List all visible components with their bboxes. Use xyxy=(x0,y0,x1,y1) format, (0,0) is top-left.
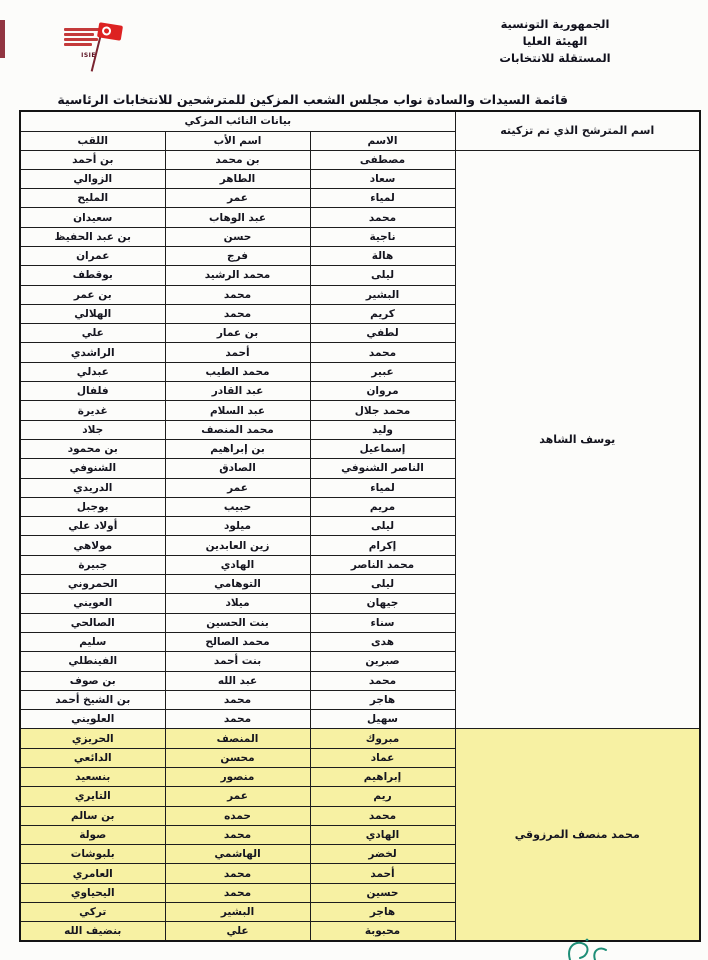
father-name-cell: منصور xyxy=(165,768,310,787)
father-name-cell: الهادي xyxy=(165,555,310,574)
father-name-cell: محمد الرشيد xyxy=(165,266,310,285)
last-name-cell: جلاد xyxy=(20,420,165,439)
deputy-first-name-cell: محمد xyxy=(310,208,455,227)
deputy-first-name-cell: محبوبة xyxy=(310,922,455,941)
deputy-first-name-cell: جيهان xyxy=(310,594,455,613)
father-name-cell: حبيب xyxy=(165,497,310,516)
father-name-cell: عبد السلام xyxy=(165,401,310,420)
father-name-cell: عمر xyxy=(165,787,310,806)
deputy-first-name-cell: مصطفى xyxy=(310,150,455,169)
last-name-cell: فلفال xyxy=(20,382,165,401)
table-row: محمد منصف المرزوقيمبروكالمنصفالحريزي xyxy=(20,729,700,748)
father-name-cell: محمد الصالح xyxy=(165,632,310,651)
last-name-cell: سعيدان xyxy=(20,208,165,227)
deputy-first-name-cell: عبير xyxy=(310,362,455,381)
father-name-cell: محمد xyxy=(165,825,310,844)
deputy-first-name-cell: لمياء xyxy=(310,189,455,208)
table-row: يوسف الشاهدمصطفىبن محمدبن أحمد xyxy=(20,150,700,169)
last-name-cell: جبيرة xyxy=(20,555,165,574)
column-header-father-name: اسم الأب xyxy=(165,131,310,150)
header-line-authority: الهيئة العليا xyxy=(480,33,630,50)
deputy-first-name-cell: لطفي xyxy=(310,324,455,343)
logo-text-lines xyxy=(62,26,102,48)
father-name-cell: المنصف xyxy=(165,729,310,748)
deputy-first-name-cell: ليلى xyxy=(310,266,455,285)
header-line-republic: الجمهورية التونسية xyxy=(480,16,630,33)
father-name-cell: محمد xyxy=(165,690,310,709)
last-name-cell: بوقطف xyxy=(20,266,165,285)
deputy-first-name-cell: محمد xyxy=(310,806,455,825)
last-name-cell: سليم xyxy=(20,632,165,651)
father-name-cell: بنت أحمد xyxy=(165,652,310,671)
father-name-cell: بن إبراهيم xyxy=(165,439,310,458)
deputy-first-name-cell: هدى xyxy=(310,632,455,651)
deputy-first-name-cell: هالة xyxy=(310,246,455,265)
last-name-cell: الهلالي xyxy=(20,304,165,323)
deputy-first-name-cell: محمد xyxy=(310,343,455,362)
isie-logo: ISIE xyxy=(52,18,136,76)
father-name-cell: عبد القادر xyxy=(165,382,310,401)
father-name-cell: حمده xyxy=(165,806,310,825)
last-name-cell: بن الشيخ أحمد xyxy=(20,690,165,709)
last-name-cell: العامري xyxy=(20,864,165,883)
deputy-first-name-cell: مبروك xyxy=(310,729,455,748)
header-line-independent: المستقلة للانتخابات xyxy=(480,50,630,67)
father-name-cell: محمد xyxy=(165,710,310,729)
last-name-cell: الدريدي xyxy=(20,478,165,497)
deputy-first-name-cell: هاجر xyxy=(310,690,455,709)
deputy-first-name-cell: الناصر الشنوفي xyxy=(310,459,455,478)
deputy-first-name-cell: لمياء xyxy=(310,478,455,497)
deputy-first-name-cell: سناء xyxy=(310,613,455,632)
deputy-first-name-cell: إبراهيم xyxy=(310,768,455,787)
candidate-name-cell: محمد منصف المرزوقي xyxy=(455,729,700,941)
father-name-cell: محمد الطيب xyxy=(165,362,310,381)
deputy-first-name-cell: مروان xyxy=(310,382,455,401)
father-name-cell: أحمد xyxy=(165,343,310,362)
deputy-first-name-cell: أحمد xyxy=(310,864,455,883)
deputy-first-name-cell: البشير xyxy=(310,285,455,304)
deputy-first-name-cell: مريم xyxy=(310,497,455,516)
father-name-cell: ميلاد xyxy=(165,594,310,613)
father-name-cell: محمد xyxy=(165,864,310,883)
table-body: اسم المترشح الذي تم تزكيته بيانات النائب… xyxy=(20,111,700,941)
father-name-cell: حسن xyxy=(165,227,310,246)
last-name-cell: بن عمر xyxy=(20,285,165,304)
last-name-cell: بلبوشات xyxy=(20,845,165,864)
document-title: قائمة السيدات والسادة نواب مجلس الشعب ال… xyxy=(148,92,568,107)
father-name-cell: بن محمد xyxy=(165,150,310,169)
last-name-cell: بن محمود xyxy=(20,439,165,458)
last-name-cell: الشنوفي xyxy=(20,459,165,478)
father-name-cell: البشير xyxy=(165,903,310,922)
father-name-cell: عمر xyxy=(165,189,310,208)
father-name-cell: علي xyxy=(165,922,310,941)
last-name-cell: بن صوف xyxy=(20,671,165,690)
last-name-cell: الحريزي xyxy=(20,729,165,748)
handwritten-signature xyxy=(540,936,630,960)
deputy-first-name-cell: محمد الناصر xyxy=(310,555,455,574)
deputy-first-name-cell: إسماعيل xyxy=(310,439,455,458)
last-name-cell: التايري xyxy=(20,787,165,806)
father-name-cell: بنت الحسين xyxy=(165,613,310,632)
last-name-cell: تركي xyxy=(20,903,165,922)
father-name-cell: الهاشمي xyxy=(165,845,310,864)
last-name-cell: بن أحمد xyxy=(20,150,165,169)
father-name-cell: عبد الوهاب xyxy=(165,208,310,227)
endorsements-table: اسم المترشح الذي تم تزكيته بيانات النائب… xyxy=(19,110,701,942)
last-name-cell: بنضيف الله xyxy=(20,922,165,941)
last-name-cell: المليح xyxy=(20,189,165,208)
last-name-cell: بنسعيد xyxy=(20,768,165,787)
deputy-first-name-cell: ليلى xyxy=(310,517,455,536)
father-name-cell: محمد xyxy=(165,304,310,323)
last-name-cell: علي xyxy=(20,324,165,343)
deputy-first-name-cell: كريم xyxy=(310,304,455,323)
deputy-first-name-cell: محمد جلال xyxy=(310,401,455,420)
father-name-cell: محسن xyxy=(165,748,310,767)
father-name-cell: محمد xyxy=(165,285,310,304)
deputy-first-name-cell: سعاد xyxy=(310,169,455,188)
last-name-cell: الراشدي xyxy=(20,343,165,362)
last-name-cell: الصالحي xyxy=(20,613,165,632)
last-name-cell: العويني xyxy=(20,594,165,613)
deputy-first-name-cell: لخضر xyxy=(310,845,455,864)
last-name-cell: بن سالم xyxy=(20,806,165,825)
last-name-cell: عبدلي xyxy=(20,362,165,381)
father-name-cell: محمد xyxy=(165,883,310,902)
deputy-first-name-cell: صبرين xyxy=(310,652,455,671)
father-name-cell: زين العابدين xyxy=(165,536,310,555)
last-name-cell: صولة xyxy=(20,825,165,844)
last-name-cell: اليحياوي xyxy=(20,883,165,902)
government-header: الجمهورية التونسية الهيئة العليا المستقل… xyxy=(480,16,630,67)
deputy-first-name-cell: الهادي xyxy=(310,825,455,844)
father-name-cell: التوهامي xyxy=(165,575,310,594)
deputy-first-name-cell: ناجية xyxy=(310,227,455,246)
last-name-cell: العلويني xyxy=(20,710,165,729)
last-name-cell: بوجبل xyxy=(20,497,165,516)
father-name-cell: الطاهر xyxy=(165,169,310,188)
column-header-last-name: اللقب xyxy=(20,131,165,150)
deputy-first-name-cell: وليد xyxy=(310,420,455,439)
deputy-first-name-cell: محمد xyxy=(310,671,455,690)
father-name-cell: بن عمار xyxy=(165,324,310,343)
deputy-group-header: بيانات النائب المزكي xyxy=(20,111,455,131)
last-name-cell: أولاد علي xyxy=(20,517,165,536)
father-name-cell: الصادق xyxy=(165,459,310,478)
column-header-name: الاسم xyxy=(310,131,455,150)
father-name-cell: محمد المنصف xyxy=(165,420,310,439)
scan-edge-artifact xyxy=(0,20,5,58)
father-name-cell: عمر xyxy=(165,478,310,497)
father-name-cell: ميلود xyxy=(165,517,310,536)
last-name-cell: الدائعي xyxy=(20,748,165,767)
deputy-first-name-cell: سهيل xyxy=(310,710,455,729)
scanned-document-page: ISIE الجمهورية التونسية الهيئة العليا ال… xyxy=(0,0,708,960)
last-name-cell: مولاهي xyxy=(20,536,165,555)
table-header-row-1: اسم المترشح الذي تم تزكيته بيانات النائب… xyxy=(20,111,700,131)
deputy-first-name-cell: هاجر xyxy=(310,903,455,922)
candidate-column-header: اسم المترشح الذي تم تزكيته xyxy=(455,111,700,150)
deputy-first-name-cell: إكرام xyxy=(310,536,455,555)
deputy-first-name-cell: عماد xyxy=(310,748,455,767)
last-name-cell: الفينطلي xyxy=(20,652,165,671)
deputy-first-name-cell: حسين xyxy=(310,883,455,902)
deputy-first-name-cell: ليلى xyxy=(310,575,455,594)
deputy-first-name-cell: ريم xyxy=(310,787,455,806)
father-name-cell: عبد الله xyxy=(165,671,310,690)
last-name-cell: الزوالي xyxy=(20,169,165,188)
last-name-cell: الحمروني xyxy=(20,575,165,594)
candidate-name-cell: يوسف الشاهد xyxy=(455,150,700,729)
last-name-cell: عمران xyxy=(20,246,165,265)
father-name-cell: فرج xyxy=(165,246,310,265)
last-name-cell: غديرة xyxy=(20,401,165,420)
last-name-cell: بن عبد الحفيظ xyxy=(20,227,165,246)
